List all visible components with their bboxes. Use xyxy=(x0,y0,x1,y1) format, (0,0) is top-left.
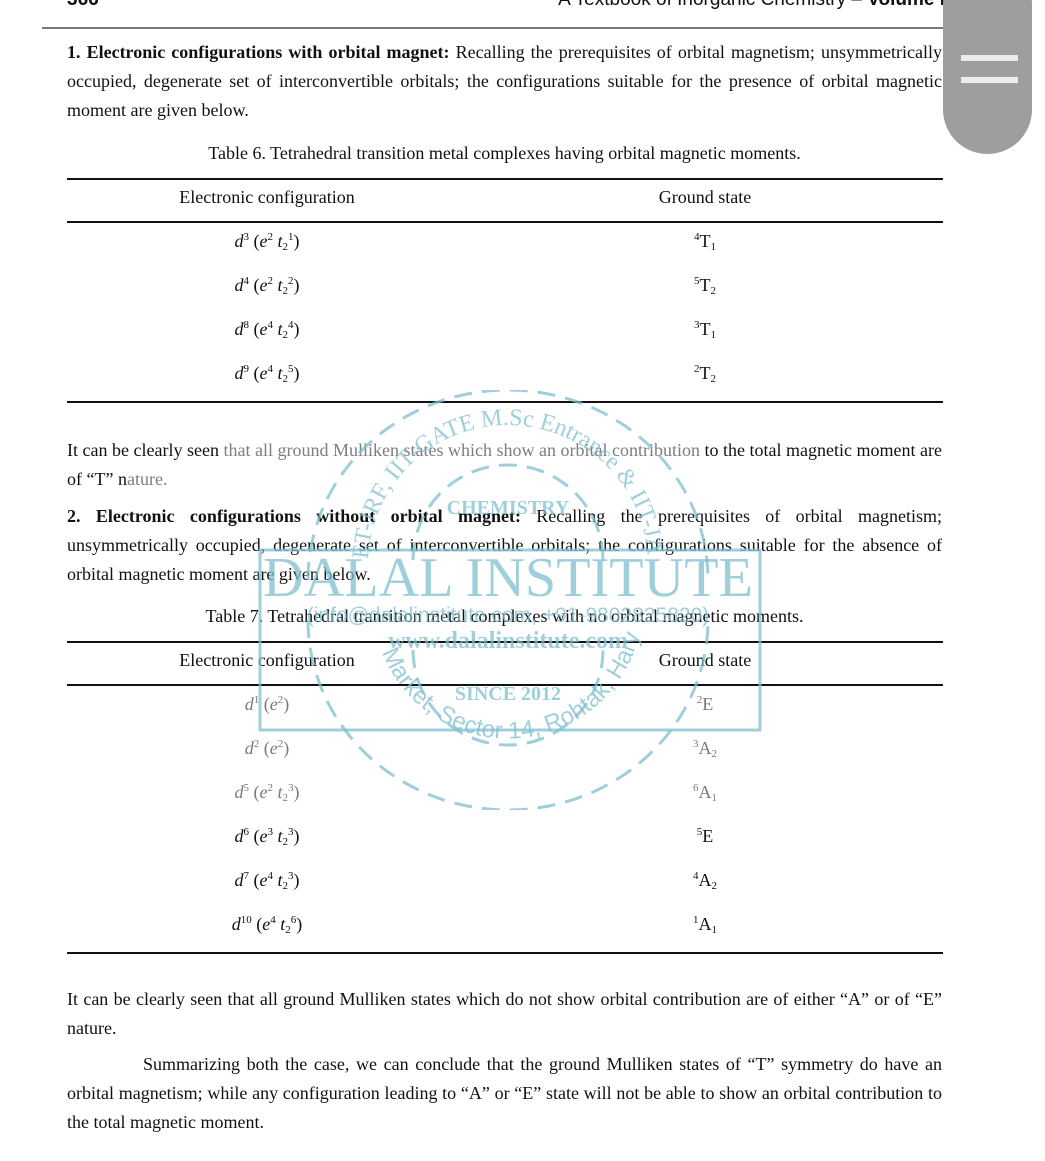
table-row-configuration: d7 (e4 t23) xyxy=(234,870,299,891)
table-row-ground-state: 3A2 xyxy=(693,738,717,759)
table-header-rule xyxy=(67,684,943,686)
table-bottom-rule xyxy=(67,952,943,954)
book-title-text: A Textbook of Inorganic Chemistry – xyxy=(558,0,867,10)
table-row-ground-state: 5T2 xyxy=(694,275,716,296)
table-row-configuration: d2 (e2) xyxy=(245,738,290,759)
hamburger-menu-icon xyxy=(961,55,1018,61)
column-header-ground-state: Ground state xyxy=(659,187,751,208)
table-top-rule xyxy=(67,641,943,643)
conclusion1-paragraph: It can be clearly seen that all ground M… xyxy=(67,436,942,494)
watermark-since: SINCE 2012 xyxy=(455,683,561,705)
table-row-ground-state: 6A1 xyxy=(693,782,717,803)
column-header-configuration: Electronic configuration xyxy=(179,650,354,671)
table-row-configuration: d9 (e4 t25) xyxy=(234,363,299,384)
table-row-configuration: d10 (e4 t26) xyxy=(232,914,303,935)
header-rule xyxy=(42,27,969,29)
table-row-configuration: d8 (e4 t24) xyxy=(234,319,299,340)
book-title: A Textbook of Inorganic Chemistry – Volu… xyxy=(558,0,945,11)
hamburger-menu-icon-bar xyxy=(961,77,1018,83)
floating-menu-button[interactable] xyxy=(943,0,1032,154)
table-header-rule xyxy=(67,221,943,223)
table-row-configuration: d3 (e2 t21) xyxy=(234,231,299,252)
column-header-ground-state: Ground state xyxy=(659,650,751,671)
table-row-ground-state: 5E xyxy=(697,826,714,847)
table-row-ground-state: 3T1 xyxy=(694,319,716,340)
conclusion2-paragraph: It can be clearly seen that all ground M… xyxy=(67,985,942,1043)
conclusion1-text-d: ature. xyxy=(127,469,167,489)
page-number: 366 xyxy=(67,0,99,11)
table-row-ground-state: 1A1 xyxy=(693,914,717,935)
conclusion1-text-b: that all ground Mulliken states which sh… xyxy=(219,440,700,460)
column-header-configuration: Electronic configuration xyxy=(179,187,354,208)
table-top-rule xyxy=(67,178,943,180)
table-row-ground-state: 4T1 xyxy=(694,231,716,252)
section2-heading: 2. Electronic configurations without orb… xyxy=(67,506,521,526)
table-row-ground-state: 4A2 xyxy=(693,870,717,891)
table7-caption: Table 7. Tetrahedral transition metal co… xyxy=(67,606,942,627)
table6-caption: Table 6. Tetrahedral transition metal co… xyxy=(67,143,942,164)
table-row-configuration: d1 (e2) xyxy=(245,694,290,715)
table-row-ground-state: 2T2 xyxy=(694,363,716,384)
table-row-ground-state: 2E xyxy=(697,694,714,715)
section2-paragraph: 2. Electronic configurations without orb… xyxy=(67,502,942,589)
table-row-configuration: d4 (e2 t22) xyxy=(234,275,299,296)
table-row-configuration: d6 (e3 t23) xyxy=(234,826,299,847)
conclusion1-text-a: It can be clearly seen xyxy=(67,440,219,460)
table-row-configuration: d5 (e2 t23) xyxy=(234,782,299,803)
running-head: 366 A Textbook of Inorganic Chemistry – … xyxy=(67,0,945,19)
book-volume: Volume I xyxy=(867,0,945,10)
section1-paragraph: 1. Electronic configurations with orbita… xyxy=(67,38,942,125)
table-bottom-rule xyxy=(67,401,943,403)
summary-paragraph: Summarizing both the case, we can conclu… xyxy=(67,1050,942,1137)
section1-heading: 1. Electronic configurations with orbita… xyxy=(67,42,450,62)
